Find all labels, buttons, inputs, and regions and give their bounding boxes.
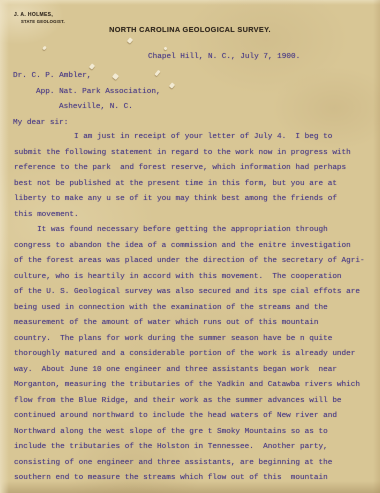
body-line: flow from the Blue Ridge, and their work… bbox=[14, 394, 365, 410]
body-line: It was found necessary before getting th… bbox=[14, 223, 365, 239]
body-line: Morganton, measuring the tributaries of … bbox=[14, 378, 365, 394]
letterhead-official-name: J. A. HOLMES, bbox=[14, 12, 53, 18]
recipient-organization: App. Nat. Park Association, bbox=[36, 85, 161, 101]
body-line: southern end to measure the streams whic… bbox=[14, 471, 365, 487]
body-line: measurement of the amount of water which… bbox=[14, 316, 365, 332]
body-line: culture, who is heartily in accord with … bbox=[14, 270, 365, 286]
body-line: of the U. S. Geological survey was also … bbox=[14, 285, 365, 301]
body-line: best not be published at the present tim… bbox=[14, 177, 365, 193]
letter-page: J. A. HOLMES, STATE GEOLOGIST. NORTH CAR… bbox=[0, 0, 380, 493]
paper-speck bbox=[112, 73, 119, 80]
body-line: Northward along the west slope of the gr… bbox=[14, 425, 365, 441]
paper-speck bbox=[154, 70, 160, 77]
body-line: liberty to make any u se of it you may t… bbox=[14, 192, 365, 208]
recipient-city: Asheville, N. C. bbox=[59, 100, 133, 116]
body-line: submit the following statement in regard… bbox=[14, 146, 365, 162]
dateline: Chapel Hill, N. C., July 7, 1900. bbox=[148, 50, 300, 66]
paper-speck bbox=[127, 37, 133, 43]
body-line: thoroughly matured and a considerable po… bbox=[14, 347, 365, 363]
body-line: I am just in receipt of your letter of J… bbox=[14, 130, 365, 146]
body-line: country. The plans for work during the s… bbox=[14, 332, 365, 348]
body-line: being used in connection with the examin… bbox=[14, 301, 365, 317]
body-line: consisting of one engineer and three ass… bbox=[14, 456, 365, 472]
body-line: congress to abandon the idea of a commis… bbox=[14, 239, 365, 255]
paper-speck bbox=[169, 82, 175, 88]
letterhead-official-title: STATE GEOLOGIST. bbox=[21, 19, 65, 24]
body-line: include the tributaries of the Holston i… bbox=[14, 440, 365, 456]
body-line: of the forest areas was placed under the… bbox=[14, 254, 365, 270]
body-line: reference to the park and forest reserve… bbox=[14, 161, 365, 177]
body-line: way. About June 10 one engineer and thre… bbox=[14, 363, 365, 379]
paper-speck bbox=[89, 63, 95, 69]
letterhead-organization: NORTH CAROLINA GEOLOGICAL SURVEY. bbox=[0, 25, 380, 34]
recipient-name: Dr. C. P. Ambler, bbox=[13, 69, 91, 85]
paper-speck bbox=[42, 46, 47, 51]
letter-body: I am just in receipt of your letter of J… bbox=[14, 130, 365, 487]
body-line: continued around northward to include th… bbox=[14, 409, 365, 425]
body-line: this movement. bbox=[14, 208, 365, 224]
